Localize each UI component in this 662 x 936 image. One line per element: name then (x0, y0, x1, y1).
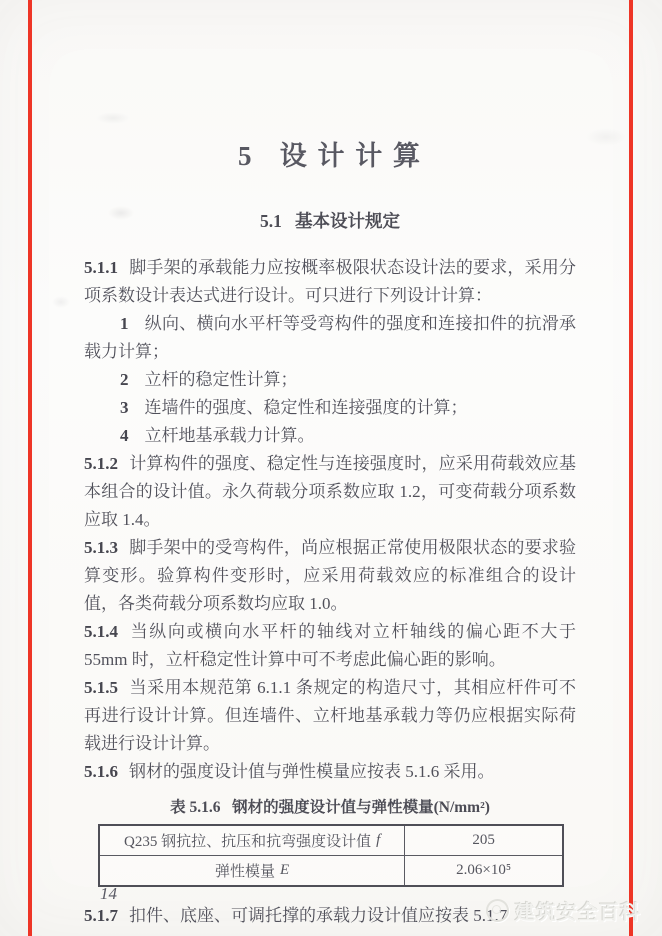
property-label: Q235 钢抗拉、抗压和抗弯强度设计值 (124, 830, 371, 851)
clause-5-1-5: 5.1.5当采用本规范第 6.1.1 条规定的构造尺寸，其相应杆件可不再进行设计… (84, 674, 576, 758)
list-number: 2 (120, 370, 129, 389)
table-cell-value: 2.06×10⁵ (405, 856, 562, 885)
watermark: 建筑安全百科 (486, 896, 641, 925)
clause-text: 计算构件的强度、稳定性与连接强度时，应采用荷载效应基本组合的设计值。永久荷载分项… (84, 454, 576, 529)
list-text: 立杆地基承载力计算。 (145, 426, 315, 445)
list-item-2: 2立杆的稳定性计算； (84, 366, 576, 394)
list-text: 纵向、横向水平杆等受弯构件的强度和连接扣件的抗滑承载力计算； (84, 314, 576, 361)
scan-artifact (52, 296, 70, 308)
list-number: 1 (120, 314, 129, 333)
clause-number: 5.1.6 (84, 762, 118, 781)
clause-number: 5.1.1 (84, 258, 118, 277)
right-red-border-line (629, 0, 633, 936)
list-item-3: 3连墙件的强度、稳定性和连接强度的计算； (84, 394, 576, 422)
table-row: 弹性模量E 2.06×10⁵ (100, 855, 562, 885)
list-number: 4 (120, 426, 129, 445)
table-row: Q235 钢抗拉、抗压和抗弯强度设计值f 205 (100, 826, 562, 855)
property-label: 弹性模量 (215, 860, 275, 881)
clause-text: 脚手架的承载能力应按概率极限状态设计法的要求，采用分项系数设计表达式进行设计。可… (84, 258, 576, 305)
clause-text: 钢材的强度设计值与弹性模量应按表 5.1.6 采用。 (129, 762, 495, 781)
watermark-logo-icon (486, 899, 509, 922)
clause-5-1-2: 5.1.2计算构件的强度、稳定性与连接强度时，应采用荷载效应基本组合的设计值。永… (84, 450, 576, 534)
clause-5-1-6: 5.1.6钢材的强度设计值与弹性模量应按表 5.1.6 采用。 (84, 758, 576, 786)
clause-5-1-3: 5.1.3脚手架中的受弯构件，尚应根据正常使用极限状态的要求验算变形。验算构件变… (84, 534, 576, 618)
scan-artifact (586, 128, 626, 146)
page-number: 14 (100, 884, 117, 904)
clause-5-1-1: 5.1.1脚手架的承载能力应按概率极限状态设计法的要求，采用分项系数设计表达式进… (84, 254, 576, 310)
page-content: 5 设 计 计 算 5.1 基本设计规定 5.1.1脚手架的承载能力应按概率极限… (84, 0, 576, 930)
chapter-title: 5 设 计 计 算 (84, 134, 576, 173)
section-title: 5.1 基本设计规定 (84, 208, 576, 233)
clause-number: 5.1.5 (84, 678, 118, 697)
clause-number: 5.1.2 (84, 454, 118, 473)
clause-number: 5.1.3 (84, 538, 118, 557)
list-item-4: 4立杆地基承载力计算。 (84, 422, 576, 450)
clause-number: 5.1.4 (84, 622, 118, 641)
watermark-text: 建筑安全百科 (515, 896, 641, 925)
strength-table: Q235 钢抗拉、抗压和抗弯强度设计值f 205 弹性模量E 2.06×10⁵ (98, 824, 564, 887)
table-caption: 表 5.1.6 钢材的强度设计值与弹性模量(N/mm²) (84, 795, 576, 817)
list-text: 连墙件的强度、稳定性和连接强度的计算； (145, 398, 468, 417)
clause-text: 当采用本规范第 6.1.1 条规定的构造尺寸，其相应杆件可不再进行设计计算。但连… (84, 678, 576, 753)
clause-5-1-4: 5.1.4当纵向或横向水平杆的轴线对立杆轴线的偏心距不大于 55mm 时，立杆稳… (84, 618, 576, 674)
list-text: 立杆的稳定性计算； (145, 370, 298, 389)
table-cell-property: Q235 钢抗拉、抗压和抗弯强度设计值f (100, 826, 405, 855)
table-cell-value: 205 (405, 826, 562, 855)
property-symbol: E (280, 862, 289, 879)
clause-text: 当纵向或横向水平杆的轴线对立杆轴线的偏心距不大于 55mm 时，立杆稳定性计算中… (84, 622, 576, 669)
clause-number: 5.1.7 (84, 906, 118, 925)
clause-text: 脚手架中的受弯构件，尚应根据正常使用极限状态的要求验算变形。验算构件变形时，应采… (84, 538, 576, 613)
clause-text: 扣件、底座、可调托撑的承载力设计值应按表 5.1.7 (129, 906, 507, 925)
list-number: 3 (120, 398, 129, 417)
scanned-page: 5 设 计 计 算 5.1 基本设计规定 5.1.1脚手架的承载能力应按概率极限… (0, 0, 662, 936)
body-text: 5.1.1脚手架的承载能力应按概率极限状态设计法的要求，采用分项系数设计表达式进… (84, 254, 576, 786)
table-cell-property: 弹性模量E (100, 856, 405, 885)
list-item-1: 1纵向、横向水平杆等受弯构件的强度和连接扣件的抗滑承载力计算； (84, 310, 576, 366)
property-symbol: f (376, 832, 380, 849)
left-red-border-line (28, 0, 32, 936)
